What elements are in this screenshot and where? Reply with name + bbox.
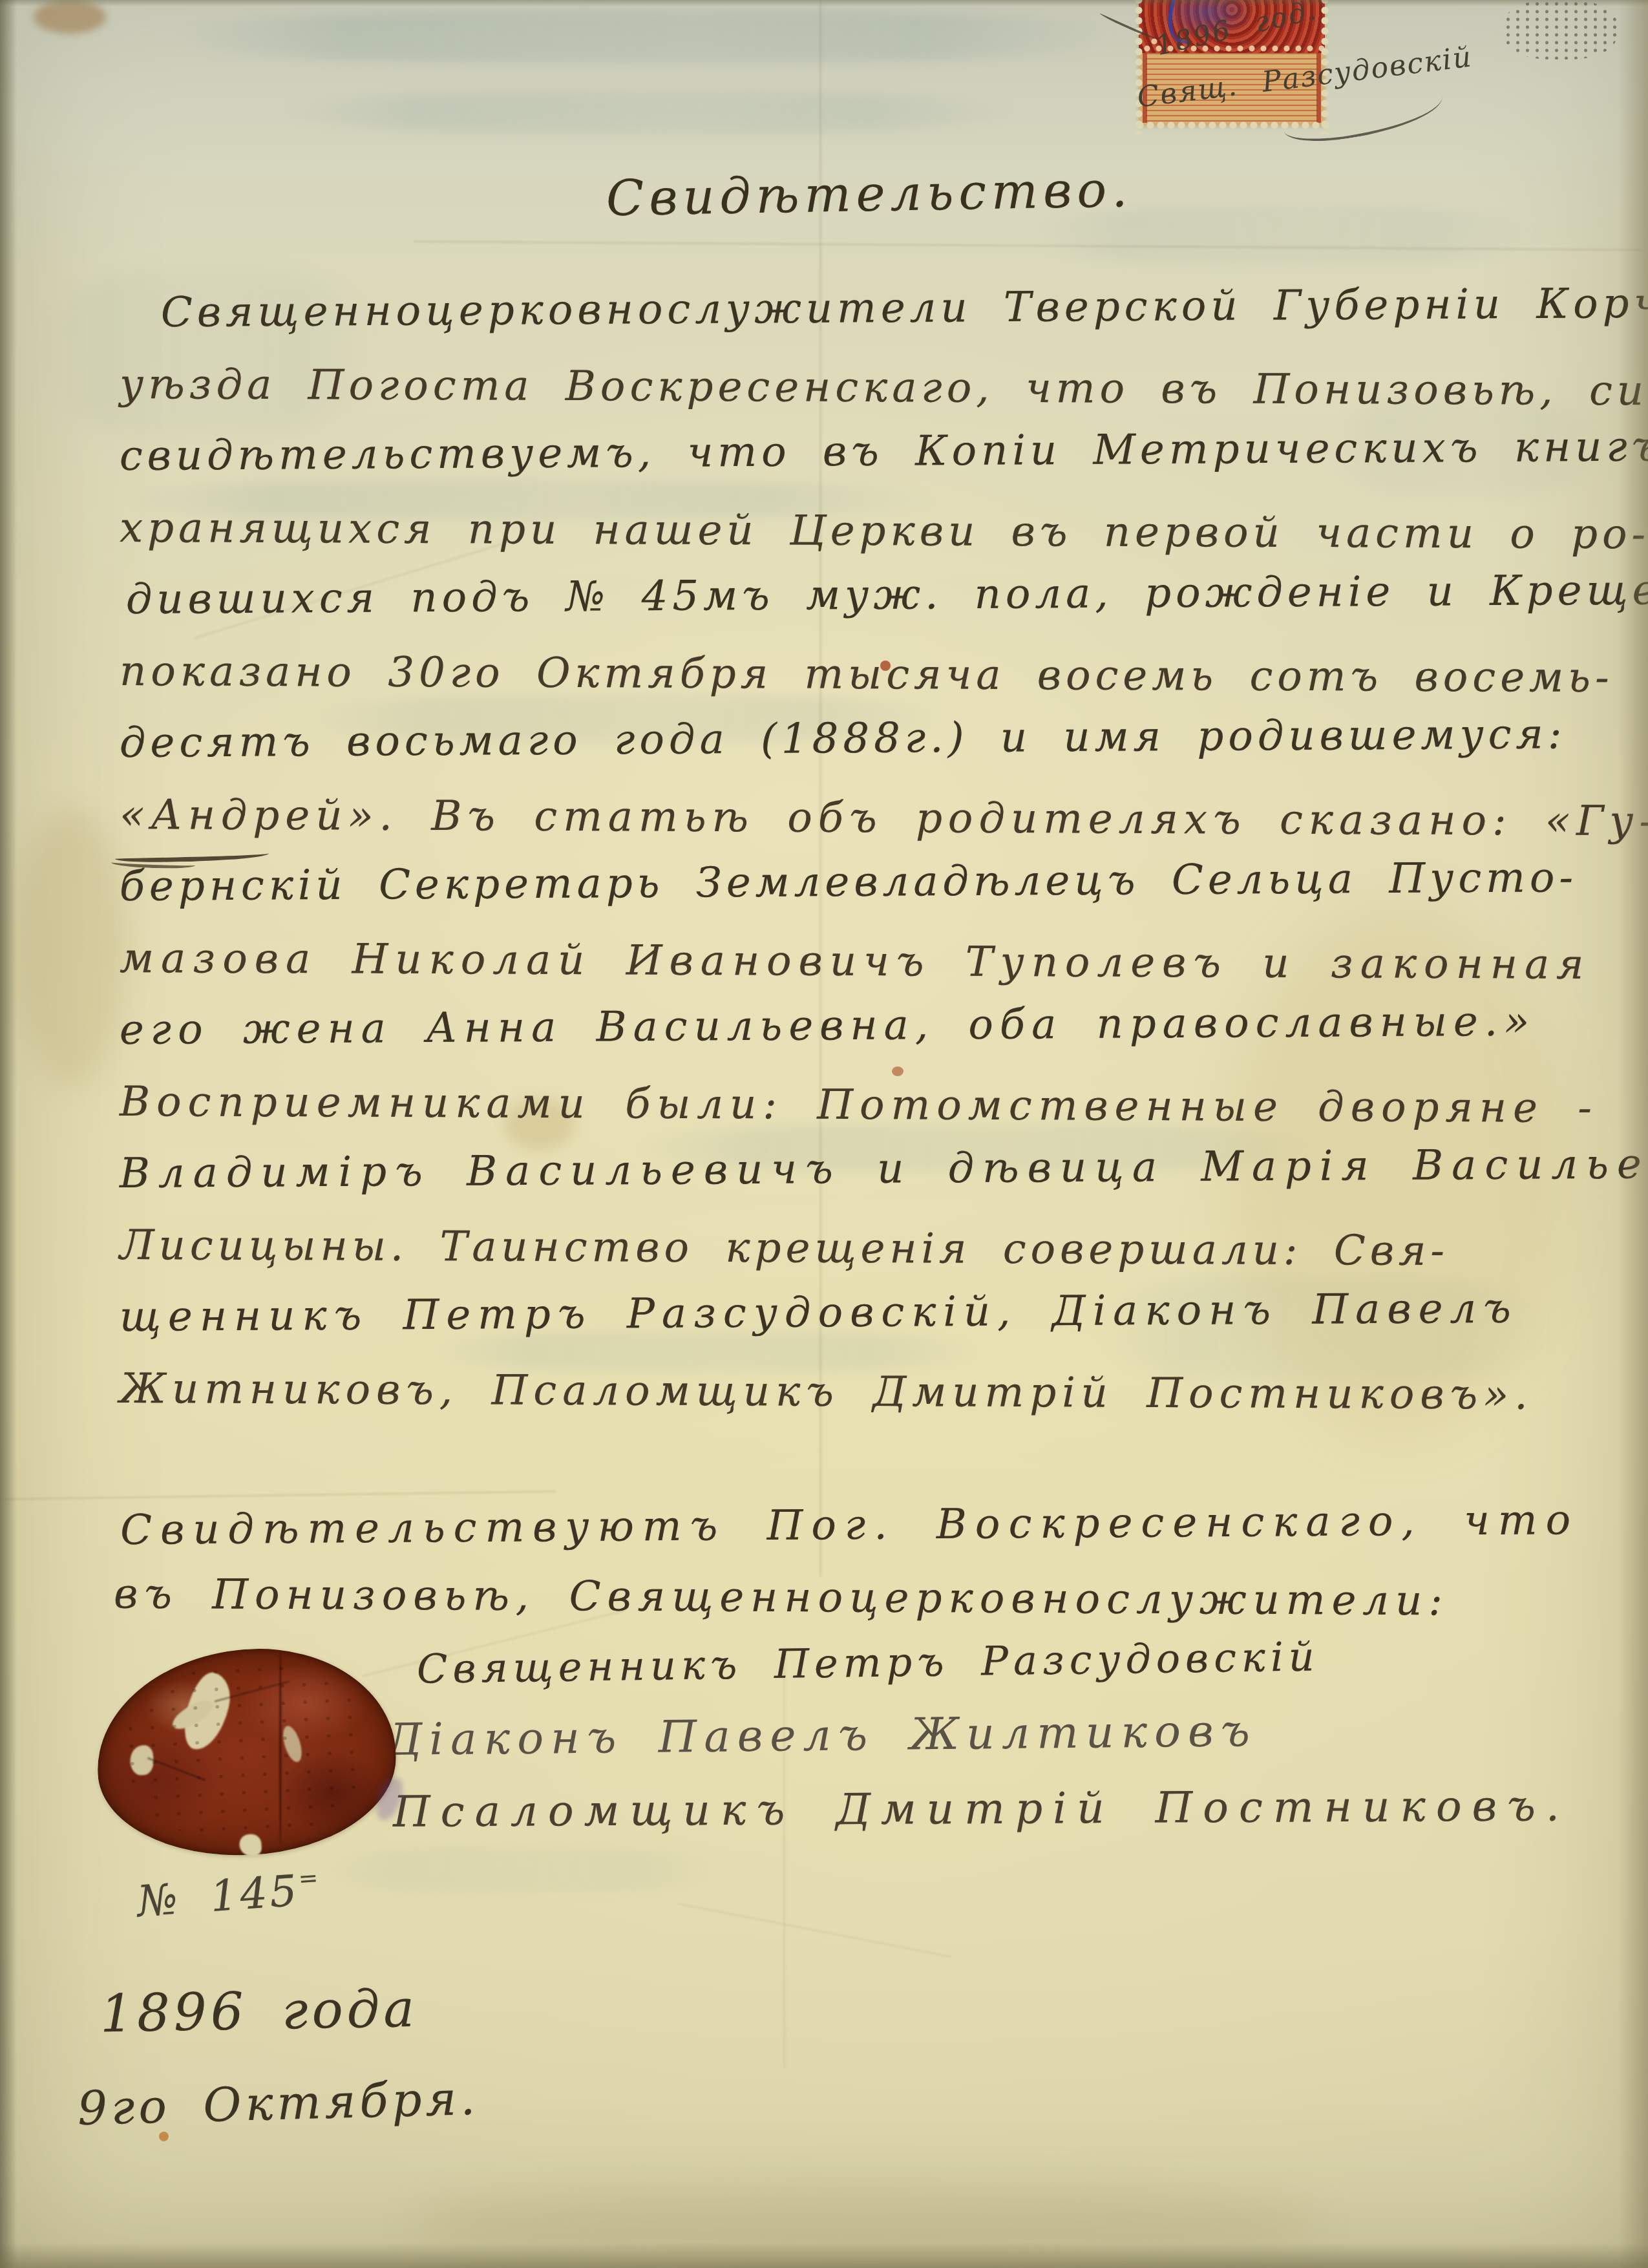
deacon-signature: Діаконъ Павелъ Жилтиковъ xyxy=(386,1710,1258,1763)
registry-number: № 145= xyxy=(136,1867,321,1924)
foxing-stain xyxy=(17,808,127,1086)
body-line: Владиміръ Васильевичъ и дѣвица Марія Вас… xyxy=(120,1144,1632,1225)
ink-speckles xyxy=(1503,0,1617,59)
document-title: Свидѣтельство. xyxy=(606,165,1132,223)
registry-number-value: № 145 xyxy=(136,1865,301,1926)
page-edge xyxy=(0,2243,1648,2268)
bleedthrough-smudge xyxy=(278,92,1021,133)
fold-crease xyxy=(0,1490,556,1500)
body-line: дившихся подъ № 45мъ муж. пола, рожденіе… xyxy=(126,570,1632,651)
attestation-line: Свидѣтельствуютъ Пог. Воскресенскаго, чт… xyxy=(120,1500,1579,1551)
scanned-document-page: 1896 год. Свящ. Разсудовскій Свидѣтельст… xyxy=(0,0,1648,2268)
page-edge xyxy=(0,0,17,2268)
body-line: Житниковъ, Псаломщикъ Дмитрій Постниковъ… xyxy=(120,1368,1632,1447)
body-line: щенникъ Петръ Разсудовскій, Діаконъ Паве… xyxy=(120,1288,1632,1368)
body-line: его жена Анна Васильевна, оба православн… xyxy=(120,1001,1632,1081)
attestation-line: въ Понизовьѣ, Священноцерковнослужители: xyxy=(114,1574,1449,1622)
bleedthrough-smudge xyxy=(323,1847,724,1892)
registry-year: 1896 года xyxy=(100,1983,418,2040)
seal-texture xyxy=(116,1655,376,1849)
page-edge xyxy=(0,0,1648,6)
registry-date: 9го Октября. xyxy=(77,2075,480,2132)
body-line: Священноцерковнослужители Тверской Губер… xyxy=(161,283,1632,364)
bleedthrough-smudge xyxy=(174,10,1118,63)
wax-seal xyxy=(92,1642,401,1863)
certificate-body: Священноцерковнослужители Тверской Губер… xyxy=(120,292,1632,1440)
body-line: свидѣтельствуемъ, что въ Копіи Метрическ… xyxy=(120,427,1632,507)
priest-signature: Священникъ Петръ Разсудовскій xyxy=(417,1637,1320,1689)
stamp-perforation xyxy=(1134,0,1144,134)
registry-number-suffix: = xyxy=(298,1865,320,1892)
page-edge xyxy=(1618,0,1648,2268)
body-line: десятъ восьмаго года (1888г.) и имя роди… xyxy=(120,714,1632,794)
psalmist-signature: Псаломщикъ Дмитрій Постниковъ. xyxy=(393,1785,1570,1834)
fold-crease xyxy=(679,1903,952,1958)
body-line: бернскій Секретарь Землевладѣлецъ Сельца… xyxy=(120,857,1632,938)
